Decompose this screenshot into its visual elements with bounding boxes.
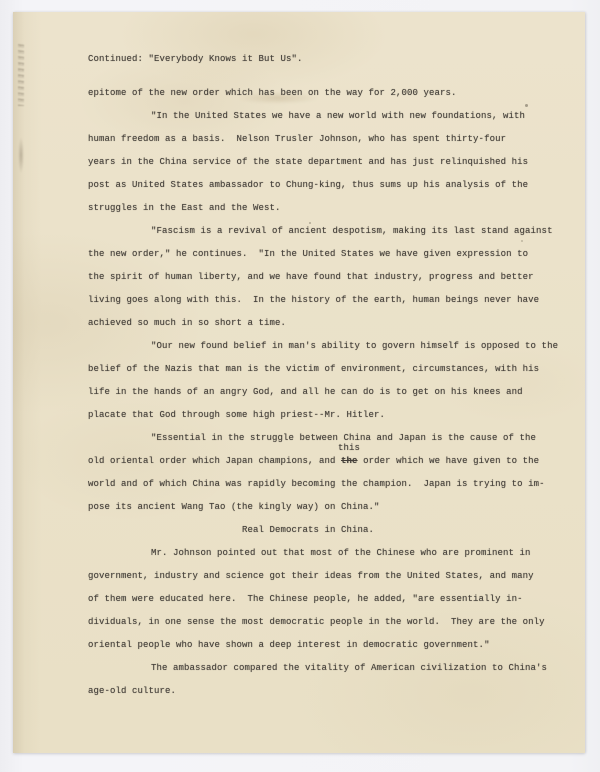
document-line: The ambassador compared the vitality of … [88, 657, 528, 680]
section-heading-line: Real Democrats in China. [88, 519, 528, 542]
document-line: placate that God through some high pries… [88, 404, 528, 427]
document-page: Continued: "Everybody Knows it But Us".e… [13, 12, 585, 753]
document-line: dividuals, in one sense the most democra… [88, 611, 528, 634]
document-line: "In the United States we have a new worl… [88, 105, 528, 128]
document-line: struggles in the East and the West. [88, 197, 528, 220]
document-line: government, industry and science got the… [88, 565, 528, 588]
document-line: pose its ancient Wang Tao (the kingly wa… [88, 496, 528, 519]
document-line: human freedom as a basis. Nelson Trusler… [88, 128, 528, 151]
document-line: epitome of the new order which has been … [88, 82, 528, 105]
document-line: Mr. Johnson pointed out that most of the… [88, 542, 528, 565]
document-line: years in the China service of the state … [88, 151, 528, 174]
document-title-line: Continued: "Everybody Knows it But Us". [88, 48, 528, 71]
document-line: living goes along with this. In the hist… [88, 289, 528, 312]
document-line: age-old culture. [88, 680, 528, 703]
document-line: world and of which China was rapidly bec… [88, 473, 528, 496]
typed-insertion-word: this [338, 437, 360, 460]
document-line: post as United States ambassador to Chun… [88, 174, 528, 197]
document-line: old oriental order which Japan champions… [88, 450, 528, 473]
document-line: life in the hands of an angry God, and a… [88, 381, 528, 404]
document-lines: Continued: "Everybody Knows it But Us".e… [88, 48, 528, 703]
document-line: "Essential in the struggle between China… [88, 427, 528, 450]
document-line: achieved so much in so short a time. [88, 312, 528, 335]
document-line: "Our new found belief in man's ability t… [88, 335, 528, 358]
document-line: the new order," he continues. "In the Un… [88, 243, 528, 266]
document-line: "Fascism is a revival of ancient despoti… [88, 220, 528, 243]
document-line: of them were educated here. The Chinese … [88, 588, 528, 611]
document-line: belief of the Nazis that man is the vict… [88, 358, 528, 381]
document-line: oriental people who have shown a deep in… [88, 634, 528, 657]
pencil-smudge-mark [17, 132, 25, 190]
typed-correction: thisthe [341, 450, 358, 473]
document-line: the spirit of human liberty, and we have… [88, 266, 528, 289]
pencil-scratch-mark [18, 44, 24, 106]
